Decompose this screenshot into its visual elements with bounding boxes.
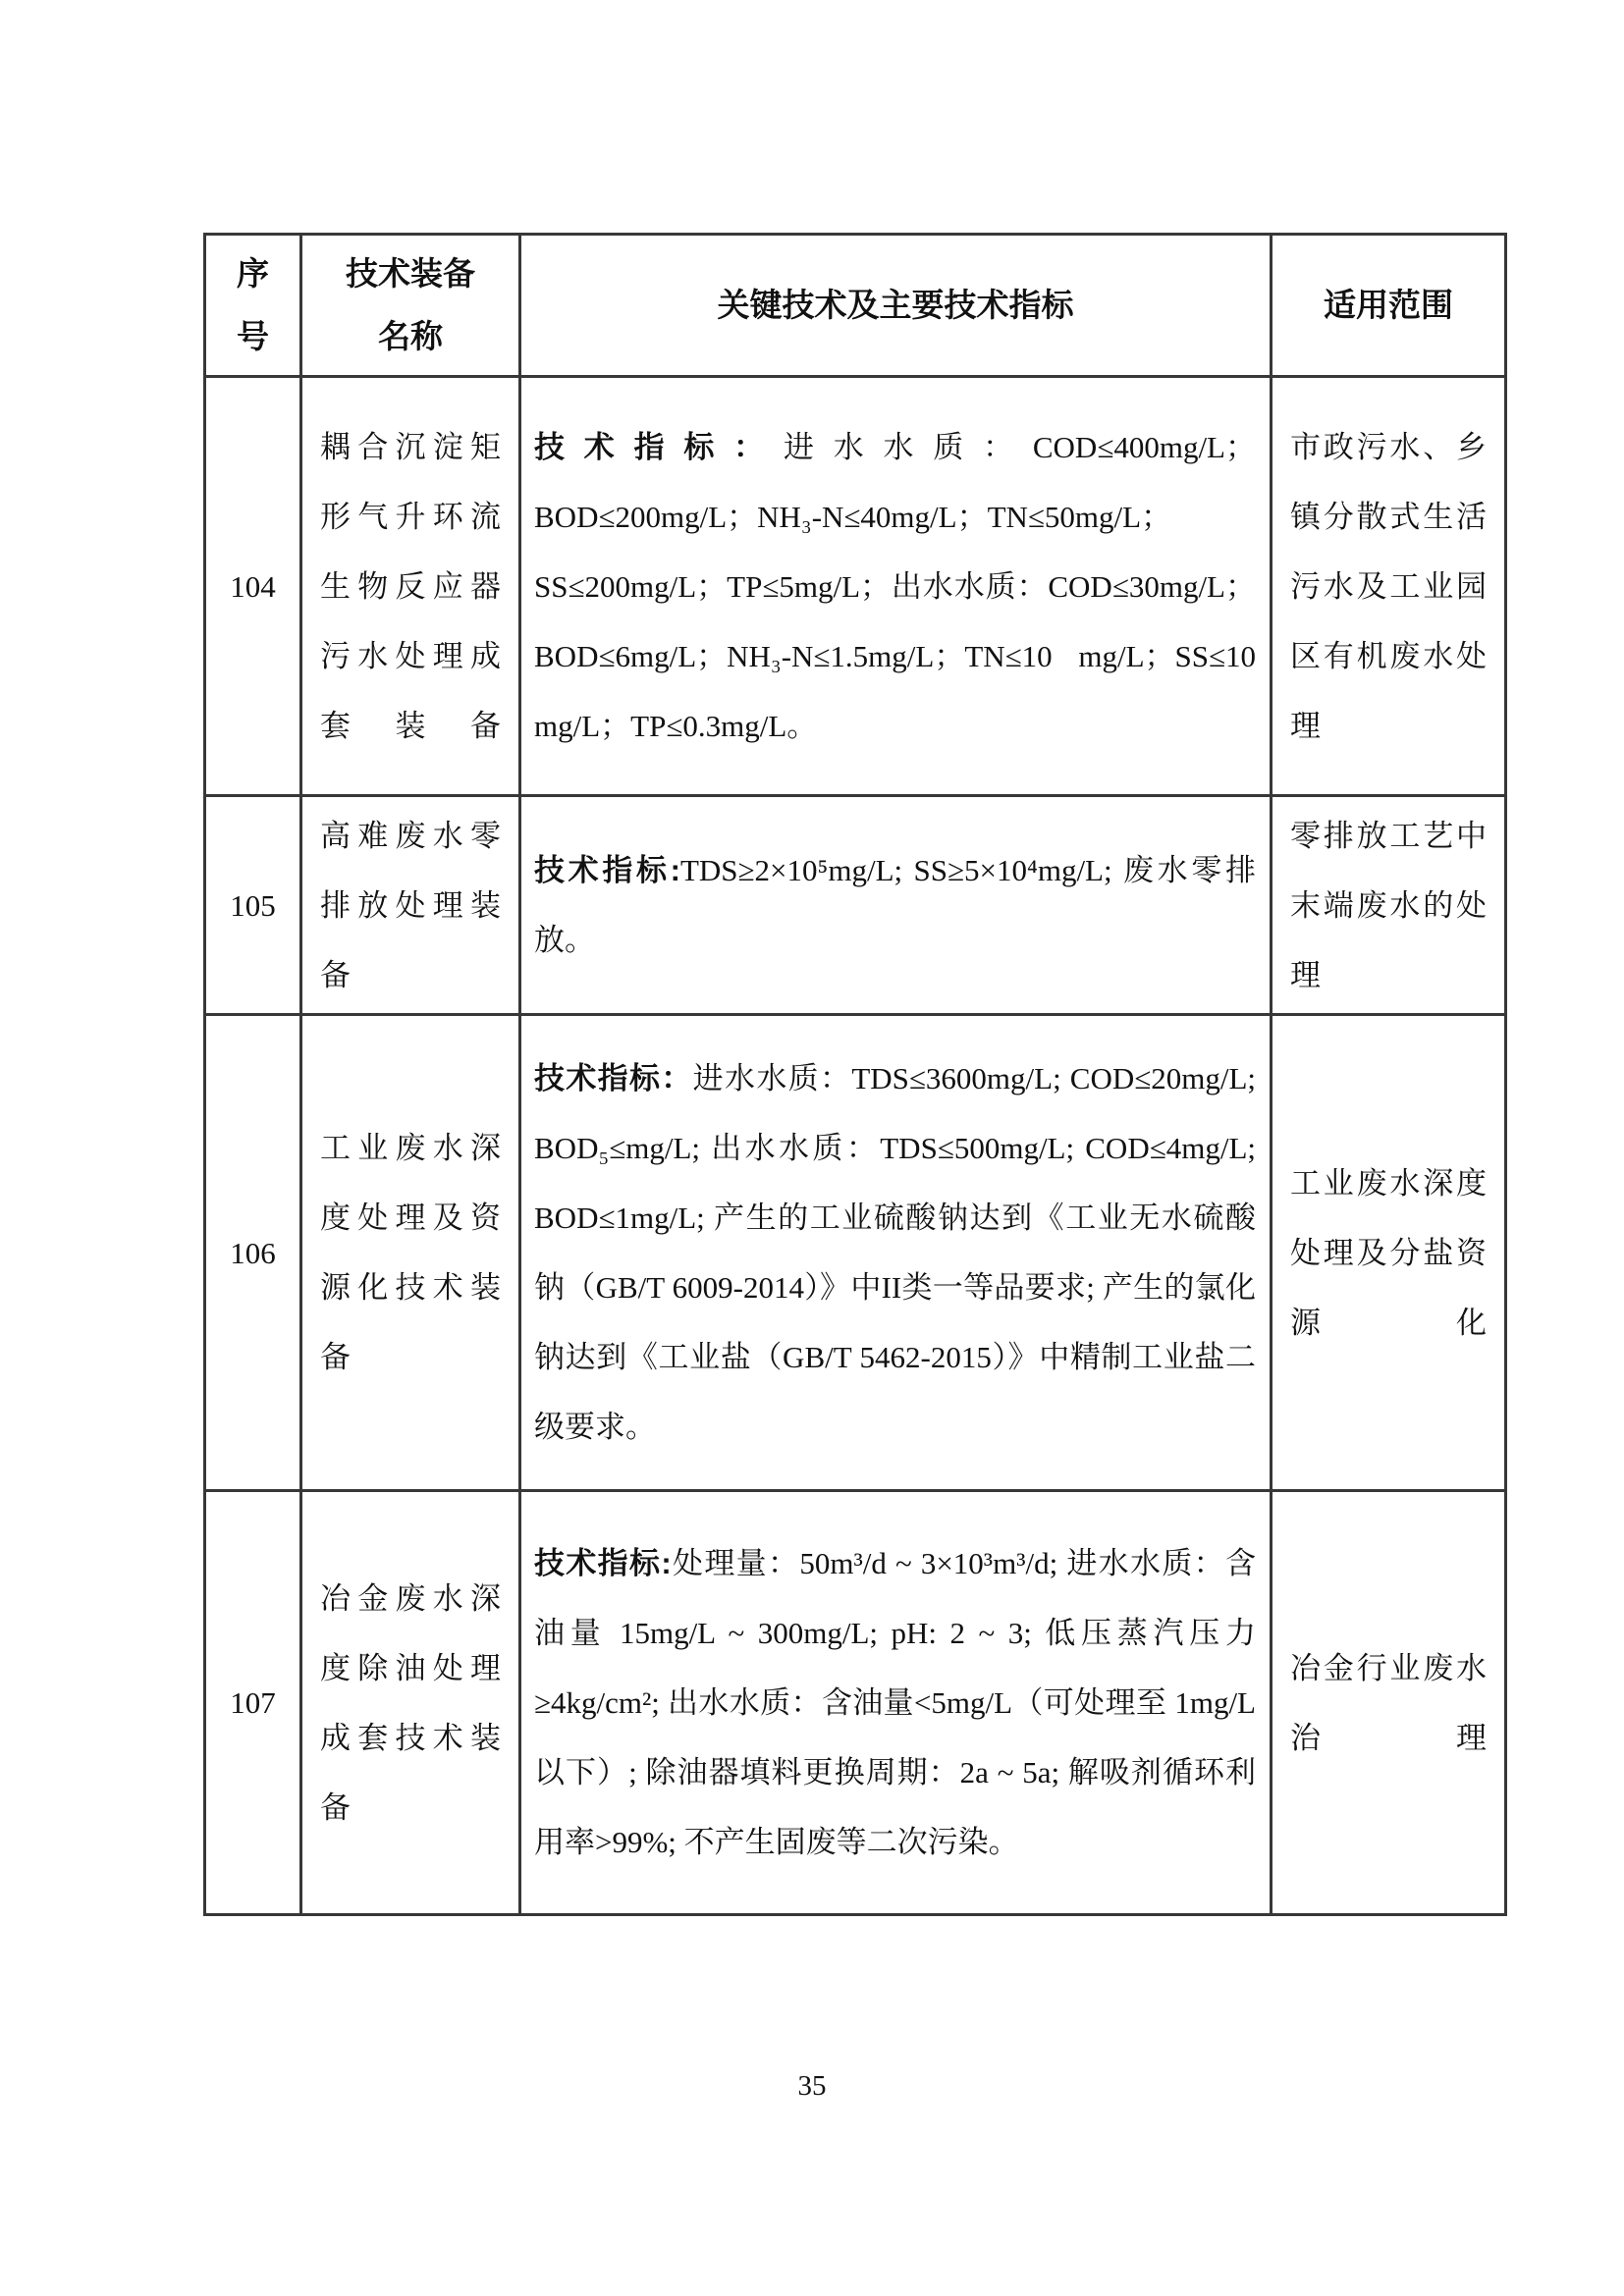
table-row: 105 高难废水零排放处理装备 技术指标:TDS≥2×10⁵mg/L; SS≥5…: [205, 796, 1506, 1015]
name-cell: 耦合沉淀矩形气升环流生物反应器污水处理成套装备: [301, 377, 520, 796]
header-equipment-name-label: 技术装备名称: [333, 242, 488, 368]
serial-cell: 104: [205, 377, 301, 796]
scope-cell: 工业废水深度处理及分盐资源化: [1272, 1015, 1506, 1491]
tech-cell: 技术指标：进水水质：TDS≤3600mg/L; COD≤20mg/L; BOD₅…: [520, 1015, 1272, 1491]
table-row: 106 工业废水深度处理及资源化技术装备 技术指标：进水水质：TDS≤3600m…: [205, 1015, 1506, 1491]
table-row: 104 耦合沉淀矩形气升环流生物反应器污水处理成套装备 技术指标：进水水质：CO…: [205, 377, 1506, 796]
tech-cell: 技术指标：进水水质：COD≤400mg/L；BOD≤200mg/L；NH₃-N≤…: [520, 377, 1272, 796]
header-scope-label: 适用范围: [1324, 287, 1453, 323]
tech-indicator-label: 技术指标：: [534, 430, 784, 464]
tech-indicator-label: 技术指标:: [534, 1546, 672, 1580]
serial-cell: 107: [205, 1491, 301, 1915]
name-cell: 工业废水深度处理及资源化技术装备: [301, 1015, 520, 1491]
name-cell: 高难废水零排放处理装备: [301, 796, 520, 1015]
page-number: 35: [0, 2066, 1624, 2106]
equipment-spec-table: 序号 技术装备名称 关键技术及主要技术指标 适用范围 104 耦合沉淀矩形气升环…: [203, 233, 1507, 1916]
table-header-row: 序号 技术装备名称 关键技术及主要技术指标 适用范围: [205, 235, 1506, 377]
tech-indicator-text: 进水水质：TDS≤3600mg/L; COD≤20mg/L; BOD₅≤mg/L…: [534, 1061, 1256, 1444]
header-serial-number: 序号: [205, 235, 301, 377]
tech-indicator-text: 处理量：50m³/d ~ 3×10³m³/d; 进水水质：含油量 15mg/L …: [534, 1546, 1256, 1859]
tech-cell: 技术指标:处理量：50m³/d ~ 3×10³m³/d; 进水水质：含油量 15…: [520, 1491, 1272, 1915]
serial-cell: 106: [205, 1015, 301, 1491]
name-cell: 冶金废水深度除油处理成套技术装备: [301, 1491, 520, 1915]
header-serial-number-label: 序号: [234, 242, 273, 368]
scope-cell: 市政污水、乡镇分散式生活污水及工业园区有机废水处理: [1272, 377, 1506, 796]
tech-indicator-label: 技术指标:: [534, 853, 680, 887]
tech-indicator-text: 进水水质：COD≤400mg/L；BOD≤200mg/L；NH₃-N≤40mg/…: [534, 430, 1256, 743]
header-equipment-name: 技术装备名称: [301, 235, 520, 377]
tech-indicator-label: 技术指标：: [534, 1061, 693, 1095]
table-row: 107 冶金废水深度除油处理成套技术装备 技术指标:处理量：50m³/d ~ 3…: [205, 1491, 1506, 1915]
scope-cell: 零排放工艺中末端废水的处理: [1272, 796, 1506, 1015]
serial-cell: 105: [205, 796, 301, 1015]
scope-cell: 冶金行业废水治理: [1272, 1491, 1506, 1915]
document-page: 序号 技术装备名称 关键技术及主要技术指标 适用范围 104 耦合沉淀矩形气升环…: [0, 0, 1624, 2296]
header-key-tech-label: 关键技术及主要技术指标: [718, 287, 1074, 323]
header-scope: 适用范围: [1272, 235, 1506, 377]
tech-cell: 技术指标:TDS≥2×10⁵mg/L; SS≥5×10⁴mg/L; 废水零排放。: [520, 796, 1272, 1015]
header-key-tech: 关键技术及主要技术指标: [520, 235, 1272, 377]
